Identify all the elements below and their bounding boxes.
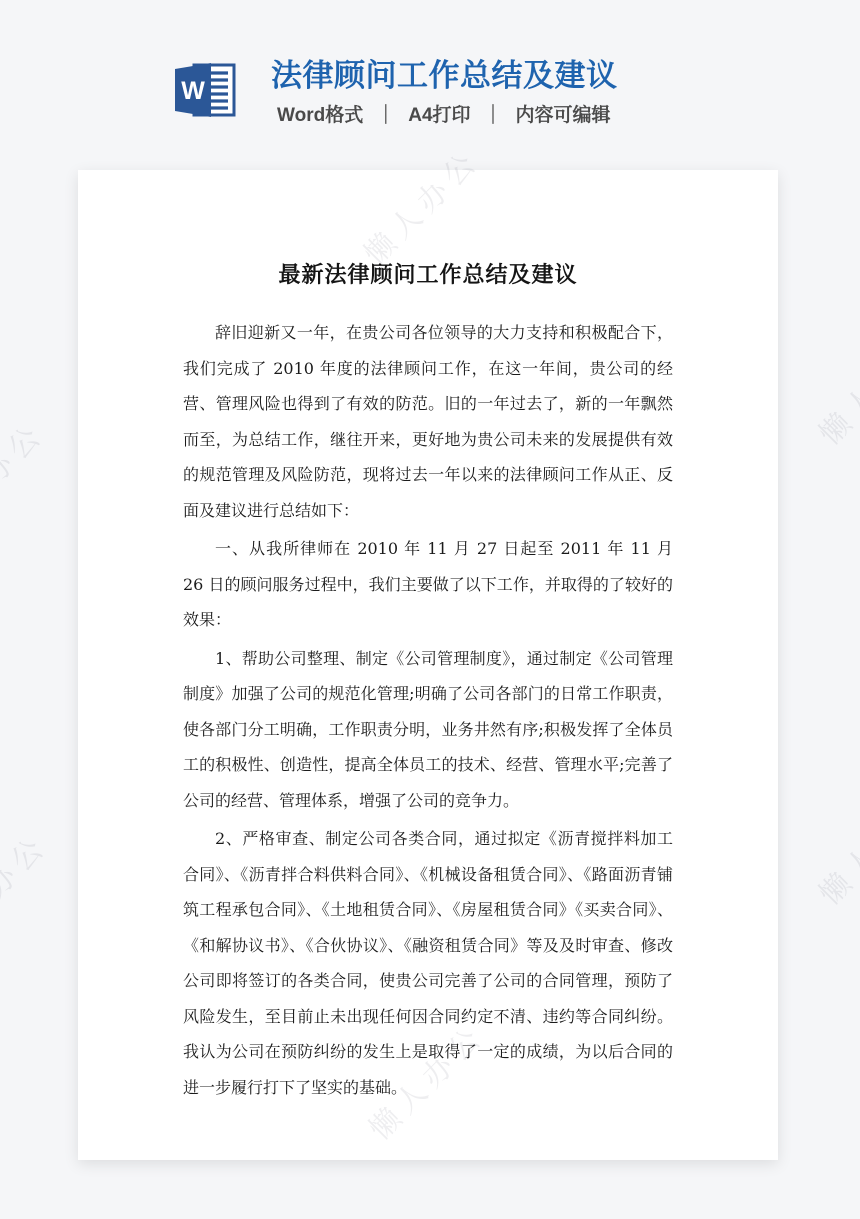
site-title[interactable]: 法律顾问工作总结及建议 (271, 50, 618, 95)
document-features: Word格式 ｜ A4打印 ｜ 内容可编辑 (277, 100, 611, 127)
word-icon: W (172, 58, 238, 122)
watermark-text: 懒人办公 (807, 317, 860, 453)
paragraph: 一、从我所律师在 2010 年 11 月 27 日起至 2011 年 11 月 … (183, 531, 673, 638)
document-content: 最新法律顾问工作总结及建议 辞旧迎新又一年，在贵公司各位领导的大力支持和积极配合… (78, 170, 778, 1105)
watermark-text: 懒人办公 (0, 410, 53, 546)
svg-text:W: W (181, 77, 205, 105)
watermark-text: 懒人办公 (0, 822, 56, 958)
paragraph: 辞旧迎新又一年，在贵公司各位领导的大力支持和积极配合下，我们完成了 2010 年… (183, 315, 673, 528)
feature-word-format: Word格式 (277, 100, 363, 127)
document-title: 最新法律顾问工作总结及建议 (183, 258, 673, 289)
subtitle-separator: ｜ (484, 100, 503, 127)
feature-a4-print: A4打印 (408, 100, 470, 127)
watermark-text: 懒人办公 (807, 777, 860, 913)
subtitle-separator: ｜ (376, 100, 395, 127)
paragraph: 2、严格审查、制定公司各类合同，通过拟定《沥青搅拌料加工合同》、《沥青拌合料供料… (183, 821, 673, 1105)
paragraph: 1、帮助公司整理、制定《公司管理制度》，通过制定《公司管理制度》加强了公司的规范… (183, 641, 673, 819)
document-page: 最新法律顾问工作总结及建议 辞旧迎新又一年，在贵公司各位领导的大力支持和积极配合… (78, 170, 778, 1160)
document-body: 辞旧迎新又一年，在贵公司各位领导的大力支持和积极配合下，我们完成了 2010 年… (183, 315, 673, 1105)
page-background: W 法律顾问工作总结及建议 Word格式 ｜ A4打印 ｜ 内容可编辑 最新法律… (0, 0, 860, 1219)
feature-editable: 内容可编辑 (516, 100, 611, 127)
